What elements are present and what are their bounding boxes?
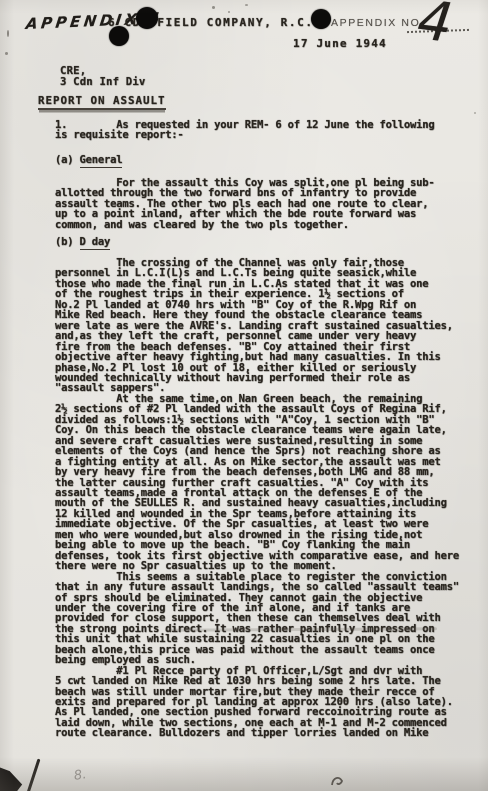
paragraph-1: 1. As requested in your REM- 6 of 12 Jun… <box>55 120 435 141</box>
corner-ink-blob <box>0 750 44 791</box>
ink-speck <box>212 6 215 9</box>
handwritten-appendix-number: 4 <box>414 0 456 55</box>
hole-punch-dot <box>109 26 129 46</box>
ink-speck <box>5 52 8 55</box>
ink-squiggle-mark <box>329 774 345 788</box>
hole-punch-dot <box>136 7 158 29</box>
addressee-block: CRE, 3 Cdn Inf Div <box>60 66 146 89</box>
corner-ink-line <box>26 758 40 791</box>
appendix-stamp: APPENDIX NO. <box>331 17 425 29</box>
ink-speck <box>474 112 476 114</box>
section-b-label: D day <box>80 236 111 250</box>
addressee-line-2: 3 Cdn Inf Div <box>60 77 146 88</box>
section-a-text: For the assault this Coy was split,one p… <box>55 178 435 230</box>
ink-speck <box>245 4 248 6</box>
ink-speck <box>7 30 9 37</box>
ink-speck <box>228 11 230 13</box>
pencil-mark: 8. <box>73 767 87 784</box>
section-a-prefix: (a) <box>55 154 73 166</box>
document-page: APPENDIX 4 6 CDN FIELD COMPANY, R.C.E. A… <box>0 0 488 791</box>
report-title-text: REPORT ON ASSAULT <box>38 94 166 110</box>
section-a-label: General <box>80 154 123 168</box>
section-b-heading: (b) D day <box>55 236 110 248</box>
section-a-heading: (a) General <box>55 154 122 166</box>
section-b-text: The crossing of the Channel was only fai… <box>55 258 459 739</box>
report-title: REPORT ON ASSAULT <box>38 94 166 107</box>
report-date: 17 June 1944 <box>293 37 387 50</box>
section-b-prefix: (b) <box>55 236 73 248</box>
hole-punch-dot <box>311 9 331 29</box>
